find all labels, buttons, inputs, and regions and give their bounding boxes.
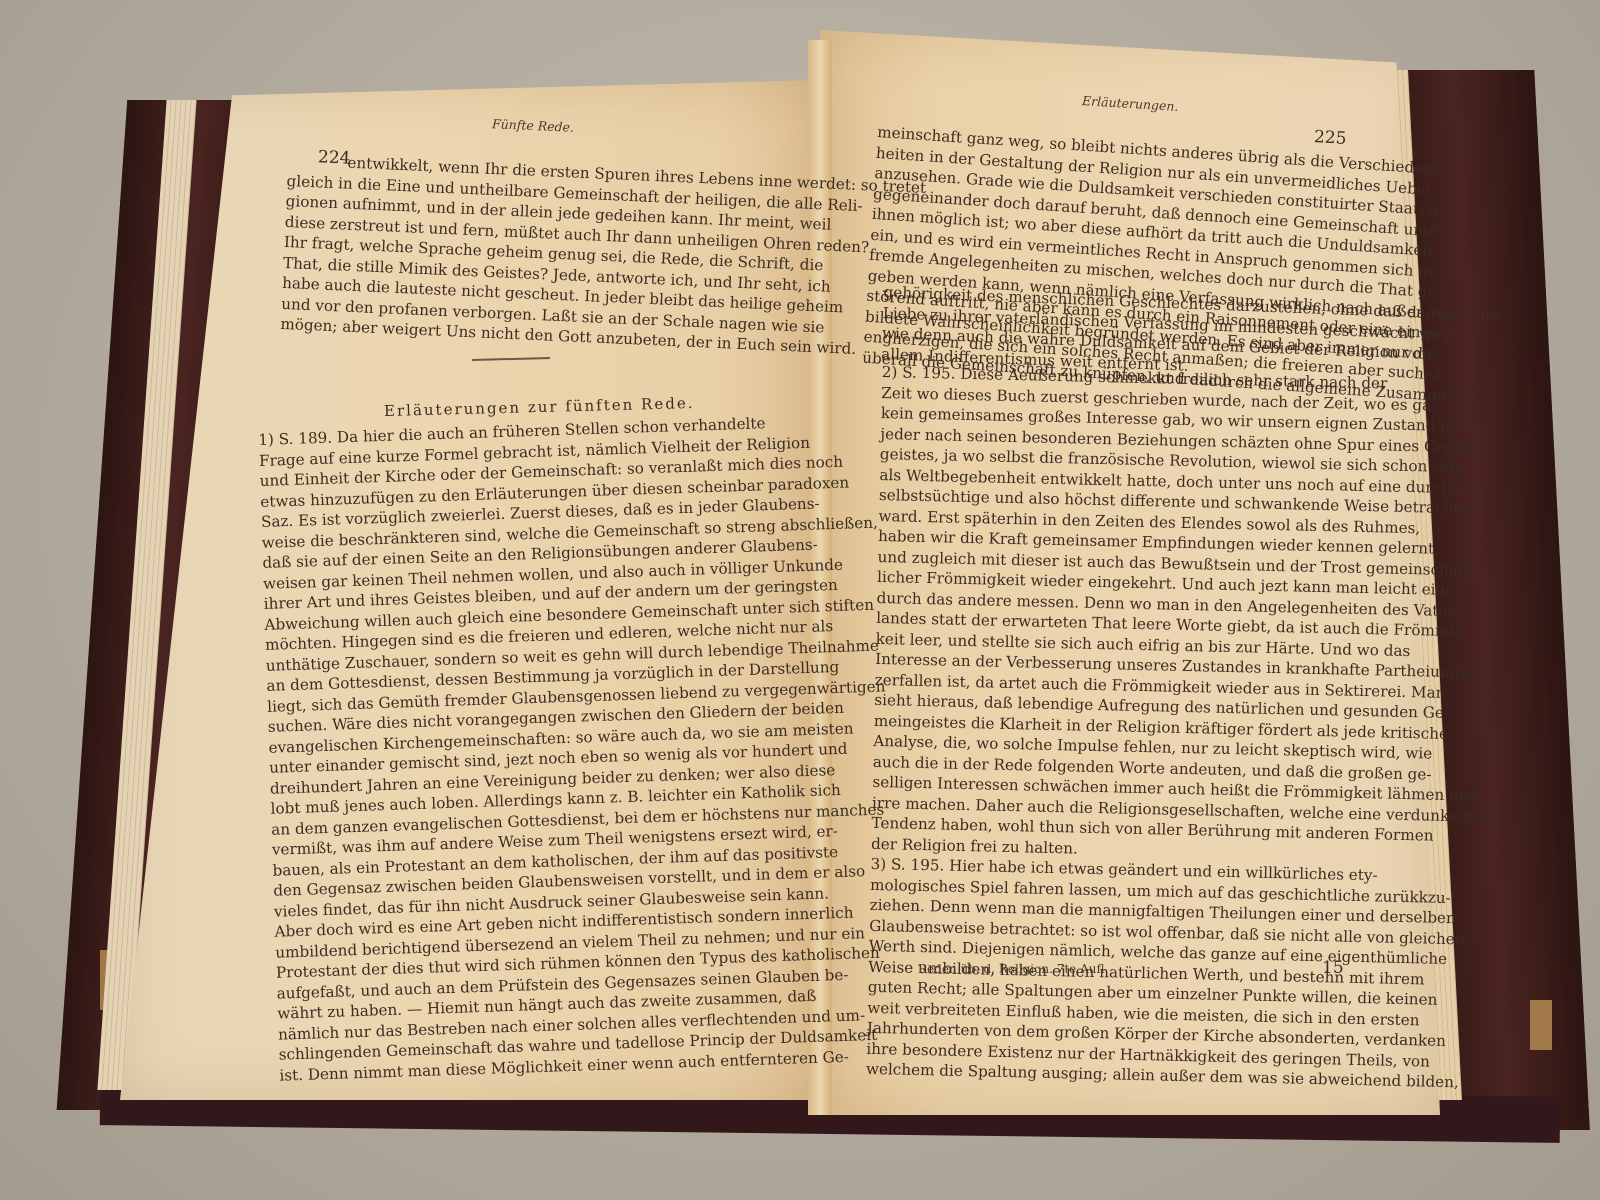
cover-wear-mark <box>1530 1000 1552 1050</box>
printer-signature: Reden üb. d. Religion. 7te Aufl. <box>918 962 1108 976</box>
left-notes-text: 1) S. 189. Da hier die auch an früheren … <box>258 413 789 1086</box>
right-notes-text: 2) S. 195. Diese Aeußerung schmekkt frei… <box>866 362 1412 1091</box>
right-page-number: 225 <box>1313 127 1347 149</box>
signature-number: 15 <box>1322 958 1344 978</box>
left-body-text: entwikkelt, wenn Ihr die ersten Spuren i… <box>280 150 768 355</box>
